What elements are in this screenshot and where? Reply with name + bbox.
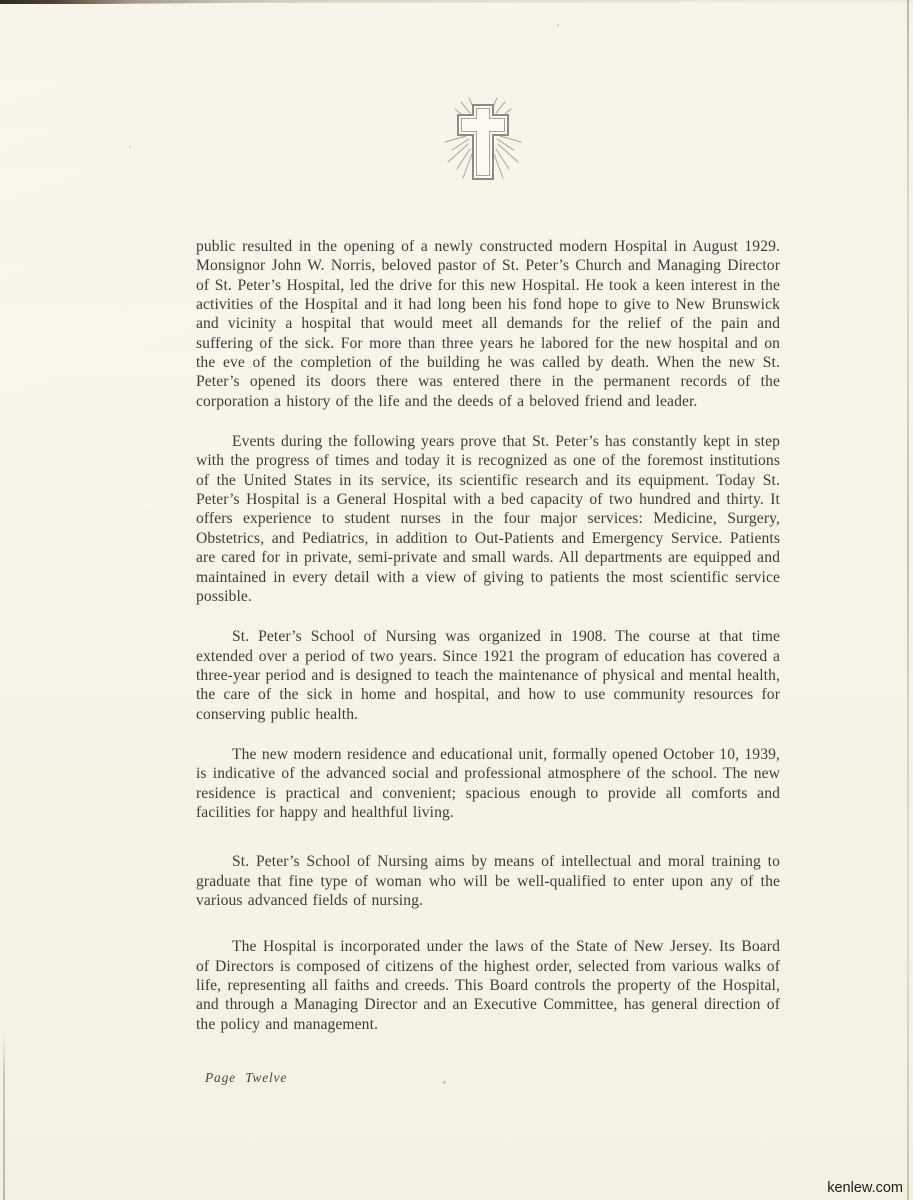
scan-artifact-top-edge: [0, 0, 913, 4]
cross-with-rays-icon: [430, 92, 545, 207]
page-number: Page Twelve: [205, 1070, 287, 1086]
paragraph-3: St. Peter’s School of Nursing was organi…: [196, 627, 780, 724]
scan-artifact-right-edge: [907, 0, 909, 1200]
paragraph-4: The new modern residence and educational…: [196, 745, 780, 822]
page-body-text: public resulted in the opening of a newl…: [196, 237, 780, 1055]
paper-speck: [129, 146, 131, 148]
paragraph-2: Events during the following years prove …: [196, 432, 780, 606]
paragraph-6: The Hospital is incorporated under the l…: [196, 937, 780, 1034]
paragraph-5: St. Peter’s School of Nursing aims by me…: [196, 852, 780, 910]
paper-speck: [557, 24, 559, 26]
paragraph-1: public resulted in the opening of a newl…: [196, 237, 780, 411]
scan-artifact-left-edge: [3, 1035, 5, 1200]
watermark: kenlew.com: [827, 1180, 903, 1196]
paper-speck: [443, 1081, 446, 1084]
scanned-page: public resulted in the opening of a newl…: [0, 0, 913, 1200]
